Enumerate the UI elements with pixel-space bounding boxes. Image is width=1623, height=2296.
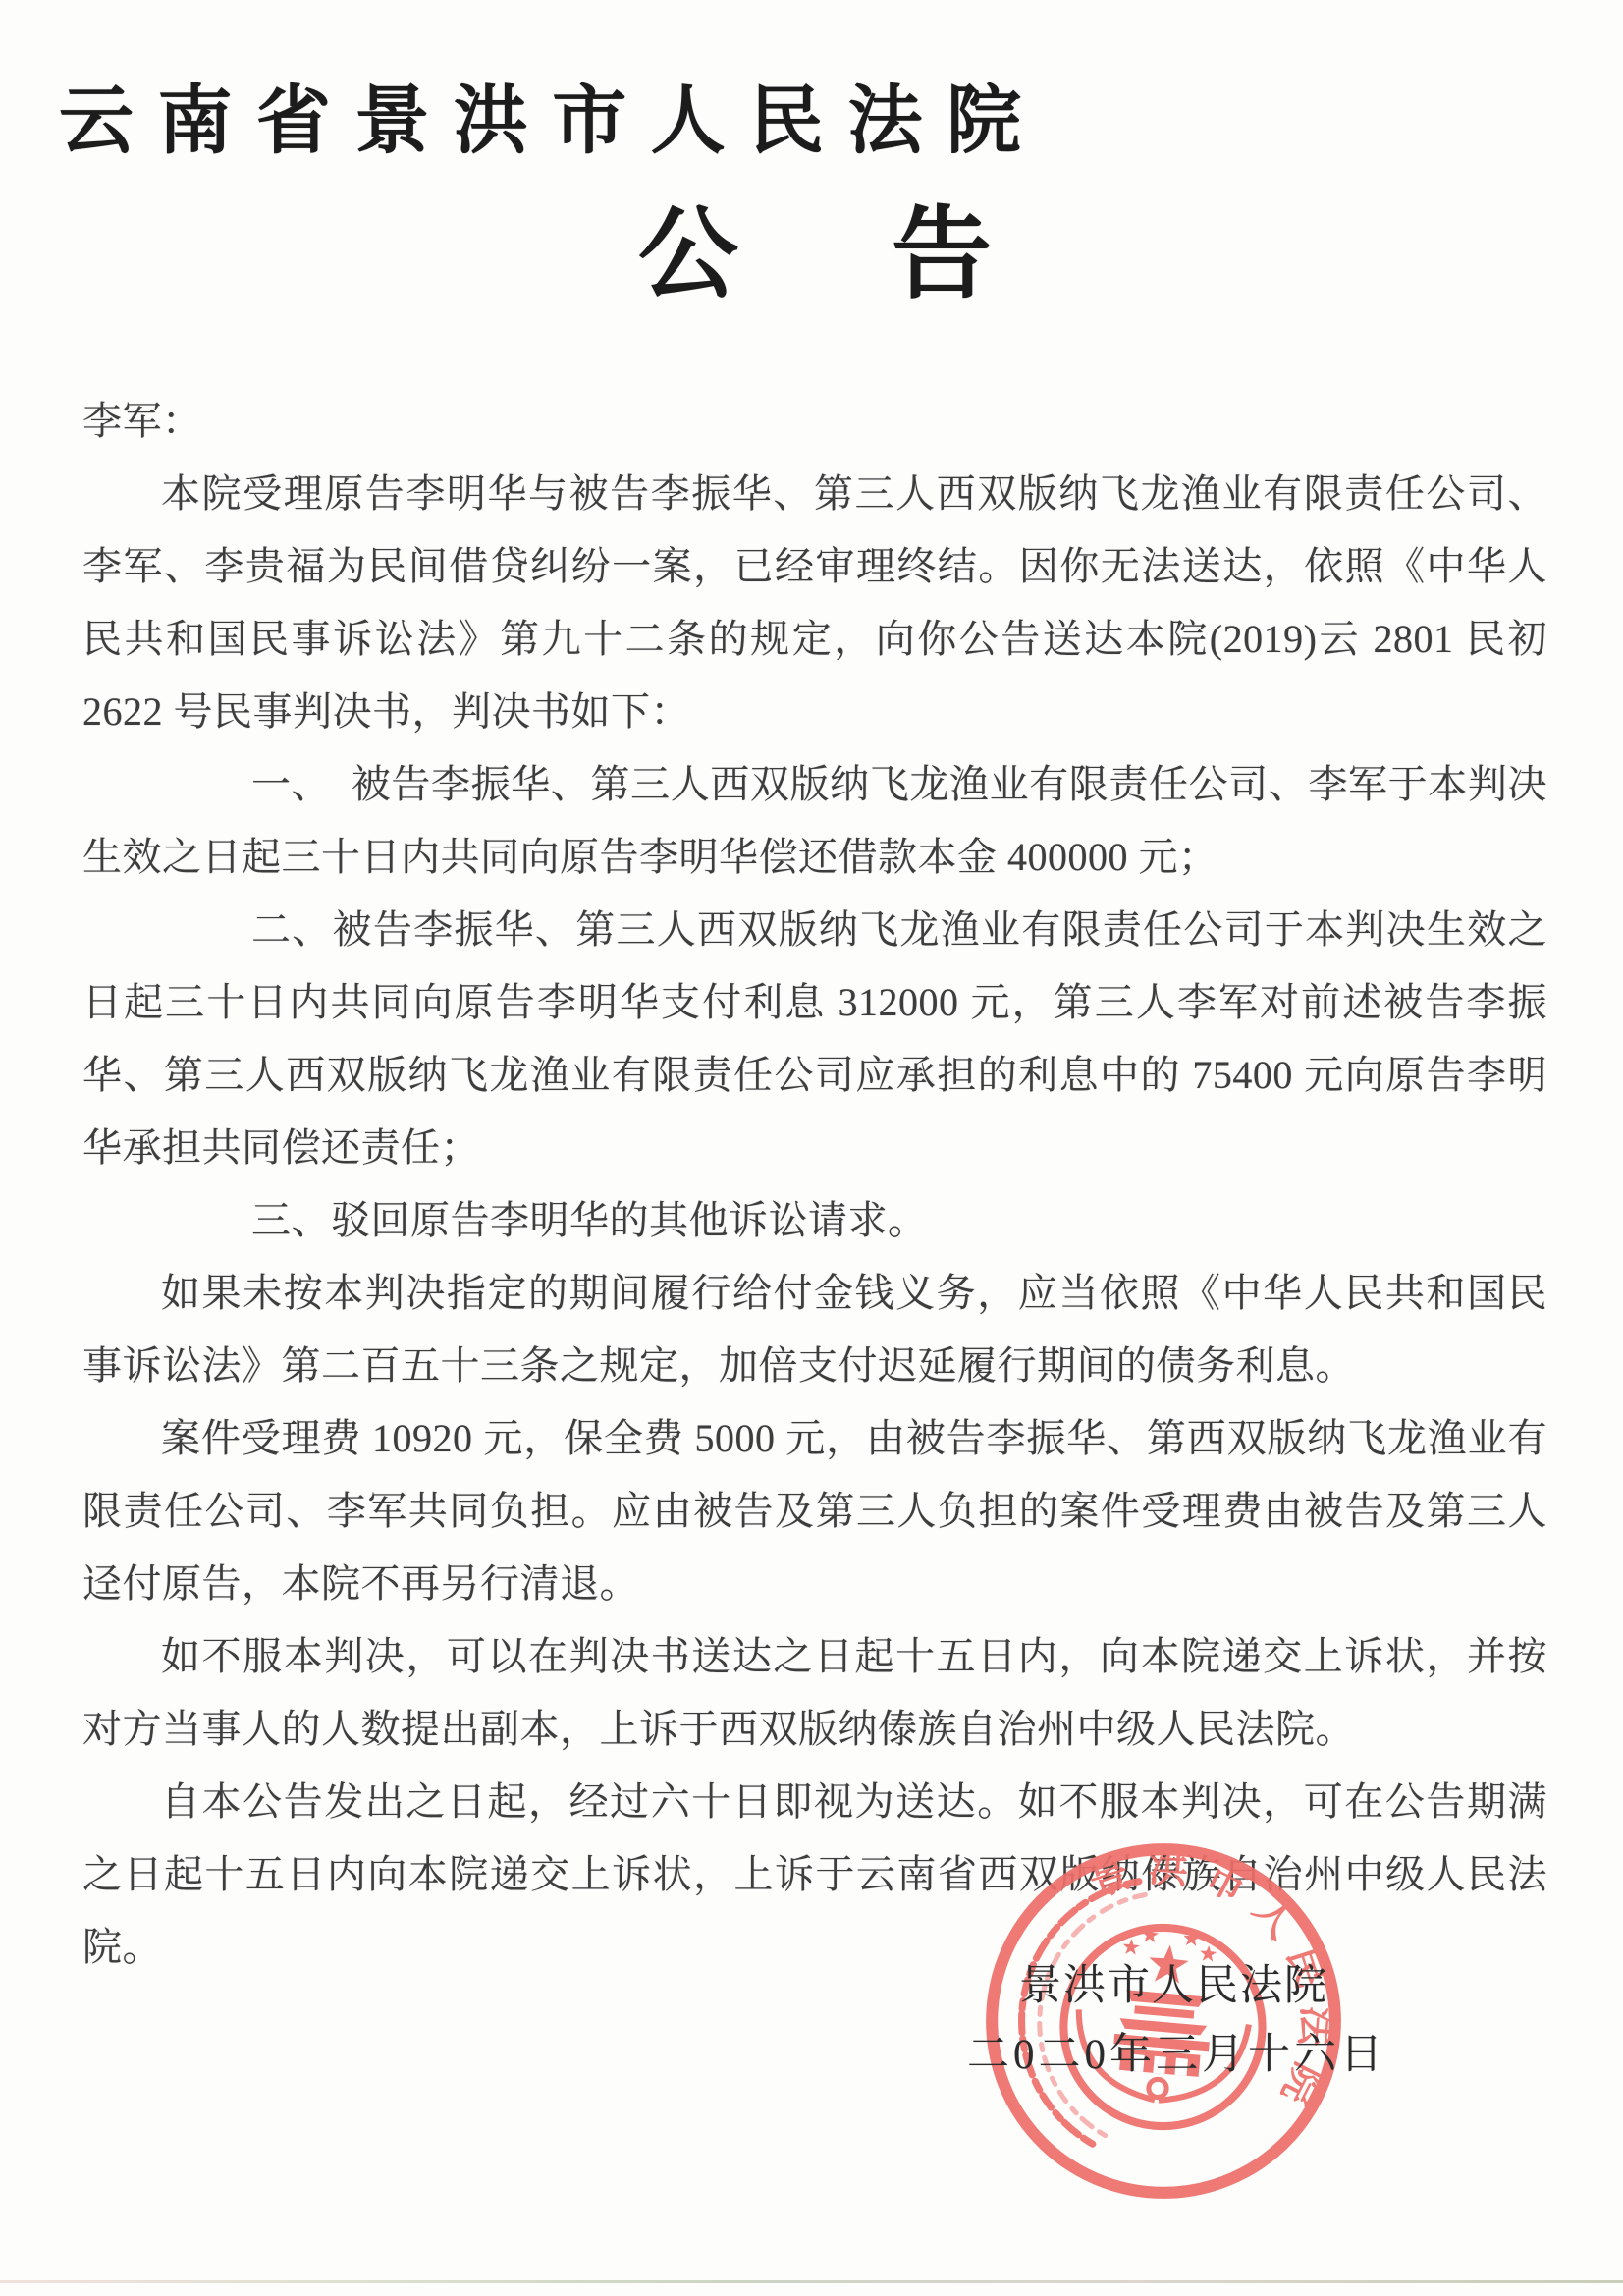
title-char: 云 (59, 61, 134, 168)
paragraph-intro: 本院受理原告李明华与被告李振华、第三人西双版纳飞龙渔业有限责任公司、李军、李贵福… (82, 458, 1547, 748)
paragraph-judgment-item-2: 二、被告李振华、第三人西双版纳飞龙渔业有限责任公司于本判决生效之日起三十日内共同… (82, 894, 1547, 1184)
title-char: 民 (749, 61, 824, 168)
paragraph-court-fees: 案件受理费 10920 元，保全费 5000 元，由被告李振华、第西双版纳飞龙渔… (82, 1402, 1547, 1620)
paragraph-appeal-rights: 如不服本判决，可以在判决书送达之日起十五日内，向本院递交上诉状，并按对方当事人的… (82, 1620, 1547, 1766)
title-char: 法 (848, 61, 923, 168)
title-char: 告 (892, 175, 992, 318)
seal-group: 景洪市人民法院 (978, 1832, 1352, 2208)
paragraph-judgment-item-1: 一、 被告李振华、第三人西双版纳飞龙渔业有限责任公司、李军于本判决生效之日起三十… (82, 748, 1547, 894)
title-char: 景 (354, 61, 429, 168)
title-char: 洪 (454, 61, 528, 168)
title-char: 南 (157, 61, 232, 168)
paragraph-judgment-item-3: 三、驳回原告李明华的其他诉讼请求。 (82, 1184, 1547, 1257)
signature-date: 二0二0年三月十六日 (967, 2021, 1386, 2081)
scan-edge-artifact (0, 2280, 1623, 2283)
salutation: 李军： (82, 385, 1547, 458)
title-char: 人 (651, 61, 726, 168)
paragraph-interest-penalty: 如果未按本判决指定的期间履行给付金钱义务，应当依照《中华人民共和国民事诉讼法》第… (82, 1257, 1547, 1402)
court-announcement-page: 云南省景洪市人民法院 公告 李军： 本院受理原告李明华与被告李振华、第三人西双版… (0, 0, 1623, 2296)
page-title-court-name: 云南省景洪市人民法院 (59, 61, 1021, 168)
page-title-notice: 公告 (638, 175, 992, 318)
title-char: 市 (552, 61, 626, 168)
document-body: 李军： 本院受理原告李明华与被告李振华、第三人西双版纳飞龙渔业有限责任公司、李军… (82, 385, 1547, 1984)
title-char: 公 (638, 175, 738, 318)
title-char: 院 (947, 61, 1021, 168)
title-char: 省 (256, 61, 331, 168)
emblem-gear (1148, 2079, 1167, 2099)
signature-court-name: 景洪市人民法院 (1019, 1952, 1328, 2012)
